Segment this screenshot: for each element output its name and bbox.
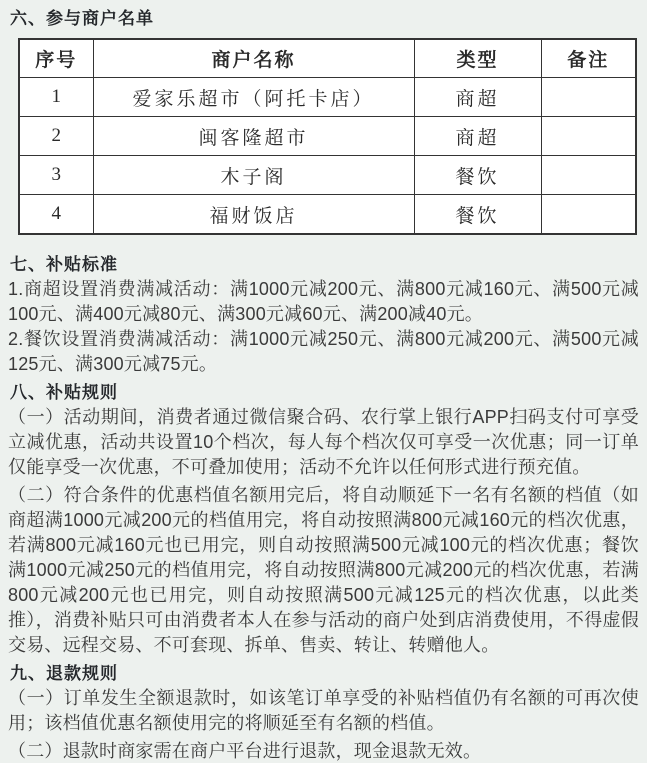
table-header-note: 备注 (541, 39, 636, 78)
paragraph-restaurant-tiers: 2.餐饮设置消费满减活动：满1000元减250元、满800元减200元、满500… (8, 327, 639, 377)
section-8-heading: 八、补贴规则 (10, 380, 639, 405)
cell-note (541, 78, 636, 117)
cell-type: 商超 (414, 78, 541, 117)
cell-type: 商超 (414, 117, 541, 156)
section-7-heading: 七、补贴标准 (10, 252, 639, 277)
paragraph-supermarket-tiers: 1.商超设置消费满减活动：满1000元减200元、满800元减160元、满500… (8, 277, 639, 327)
cell-name: 木子阁 (93, 156, 414, 195)
cell-no: 3 (19, 156, 93, 195)
table-header-row: 序号 商户名称 类型 备注 (19, 39, 636, 78)
paragraph-refund-rule-2: （二）退款时商家需在商户平台进行退款，现金退款无效。 (8, 739, 639, 763)
table-row: 3 木子阁 餐饮 (19, 156, 636, 195)
cell-note (541, 117, 636, 156)
document-body: 七、补贴标准 1.商超设置消费满减活动：满1000元减200元、满800元减16… (8, 252, 639, 763)
table-header-name: 商户名称 (93, 39, 414, 78)
paragraph-subsidy-rule-1: （一）活动期间，消费者通过微信聚合码、农行掌上银行APP扫码支付可享受立减优惠，… (8, 405, 639, 480)
cell-note (541, 195, 636, 235)
cell-name: 闽客隆超市 (93, 117, 414, 156)
paragraph-refund-rule-1: （一）订单发生全额退款时，如该笔订单享受的补贴档值仍有名额的可再次使用；该档值优… (8, 686, 639, 736)
document-page: 六、参与商户名单 序号 商户名称 类型 备注 1 爱家乐超市（阿托卡店） 商超 (0, 0, 647, 763)
cell-type: 餐饮 (414, 156, 541, 195)
table-header-no: 序号 (19, 39, 93, 78)
cell-no: 4 (19, 195, 93, 235)
cell-no: 1 (19, 78, 93, 117)
table-row: 4 福财饭店 餐饮 (19, 195, 636, 235)
paragraph-subsidy-rule-2: （二）符合条件的优惠档值名额用完后，将自动顺延下一名有名额的档值（如商超满100… (8, 483, 639, 658)
cell-no: 2 (19, 117, 93, 156)
cell-name: 福财饭店 (93, 195, 414, 235)
table-row: 2 闽客隆超市 商超 (19, 117, 636, 156)
cell-name: 爱家乐超市（阿托卡店） (93, 78, 414, 117)
merchant-table: 序号 商户名称 类型 备注 1 爱家乐超市（阿托卡店） 商超 2 闽客隆超市 商… (18, 38, 637, 235)
cell-type: 餐饮 (414, 195, 541, 235)
section-9-heading: 九、退款规则 (10, 661, 639, 686)
table-row: 1 爱家乐超市（阿托卡店） 商超 (19, 78, 636, 117)
cell-note (541, 156, 636, 195)
table-header-type: 类型 (414, 39, 541, 78)
section-6-heading: 六、参与商户名单 (10, 6, 639, 31)
